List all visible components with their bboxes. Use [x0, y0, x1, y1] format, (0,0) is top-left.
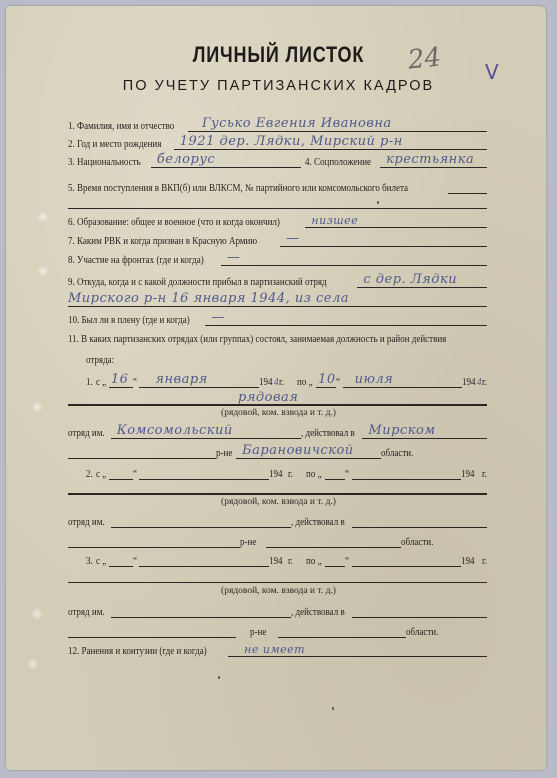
- to-month-input[interactable]: [352, 553, 461, 567]
- year-unit: г.: [288, 556, 293, 567]
- from-prefix: с „: [96, 377, 106, 388]
- to-day-input[interactable]: [325, 466, 345, 480]
- wounds-input[interactable]: не имеет: [228, 643, 487, 657]
- party-input-line2[interactable]: [68, 208, 487, 209]
- year-unit: г.: [482, 556, 487, 567]
- region-input[interactable]: [278, 624, 406, 638]
- handwritten-value: крестьянка: [386, 152, 474, 167]
- handwritten-value: —: [227, 250, 241, 265]
- to-year: 194: [462, 377, 476, 388]
- district-input[interactable]: [68, 445, 216, 459]
- unit-entry-2-unit: отряд им. , действовал в: [68, 514, 487, 528]
- unit-label: отряд им.: [68, 607, 105, 618]
- position-input-3[interactable]: [68, 582, 487, 583]
- district-label: р-не: [250, 627, 266, 638]
- unit-name-input[interactable]: [111, 604, 291, 618]
- to-year: 194: [461, 469, 475, 480]
- handwritten-value: низшее: [311, 214, 358, 227]
- region-label: области.: [401, 537, 433, 548]
- acted-label: , действовал в: [301, 428, 355, 439]
- field-full-name: 1. Фамилия, имя и отчество Гусько Евгени…: [68, 118, 487, 132]
- birth-input[interactable]: 1921 дер. Лядки, Мирский р-н: [174, 136, 487, 150]
- education-input[interactable]: низшее: [305, 214, 487, 228]
- nationality-input[interactable]: белорус: [151, 154, 301, 168]
- unit-entry-3-district: р-не области.: [68, 624, 487, 638]
- rvk-input[interactable]: —: [280, 233, 487, 247]
- unit-entry-2-district: р-не области.: [68, 534, 487, 548]
- from-day-input[interactable]: [109, 466, 133, 480]
- to-month-input[interactable]: [352, 466, 461, 480]
- from-month-input[interactable]: [139, 466, 269, 480]
- field-label: 8. Участие на фронтах (где и когда): [68, 255, 204, 266]
- sheet-number-handwritten: 24: [407, 42, 443, 75]
- year-unit: г.: [482, 377, 487, 388]
- region-label: области.: [381, 448, 413, 459]
- unit-entry-1-district: р-не Барановичской области.: [68, 445, 487, 459]
- paper-speck: [218, 676, 220, 679]
- field-label: 2. Год и место рождения: [68, 139, 161, 150]
- to-day-input[interactable]: [325, 553, 345, 567]
- field-label: отряда:: [86, 355, 114, 366]
- handwritten-value: белорус: [157, 152, 215, 167]
- field-label: 11. В каких партизанских отрядах (или гр…: [68, 334, 446, 345]
- to-month-input[interactable]: июля: [343, 374, 462, 388]
- field-units-heading: 11. В каких партизанских отрядах (или гр…: [68, 334, 487, 345]
- unit-entry-3-unit: отряд им. , действовал в: [68, 604, 487, 618]
- unit-entry-1-dates: 1. с „ 16 “ января 194 4 г. по „ 10 “ ию…: [86, 374, 487, 388]
- entry-index: 2.: [86, 469, 93, 480]
- unit-name-input[interactable]: Комсомольский: [111, 425, 301, 439]
- acted-in-input[interactable]: [352, 514, 487, 528]
- captivity-input[interactable]: —: [205, 312, 487, 326]
- field-label: 9. Откуда, когда и с какой должности при…: [68, 277, 327, 288]
- unit-entry-1-unit: отряд им. Комсомольский , действовал в М…: [68, 425, 487, 439]
- unit-entry-3-dates: 3. с „ “ 194 г. по „ “ 194 г.: [86, 553, 487, 567]
- entry-index: 1.: [86, 377, 93, 388]
- field-fronts: 8. Участие на фронтах (где и когда) —: [68, 252, 487, 266]
- to-day-input[interactable]: 10: [316, 374, 336, 388]
- year-unit: г.: [288, 469, 293, 480]
- position-input-2[interactable]: [68, 493, 487, 495]
- field-party: 5. Время поступления в ВКП(б) или ВЛКСМ,…: [68, 180, 487, 194]
- position-caption: (рядовой, ком. взвода и т. д.): [0, 408, 557, 418]
- acted-label: , действовал в: [291, 607, 345, 618]
- region-input[interactable]: Барановичской: [236, 445, 381, 459]
- paper-smudge: [30, 605, 44, 623]
- paper-smudge: [26, 655, 40, 673]
- field-wounds: 12. Ранения и контузии (где и когда) не …: [68, 643, 487, 657]
- field-rvk: 7. Каким РВК и когда призван в Красную А…: [68, 233, 487, 247]
- from-day-input[interactable]: 16: [109, 374, 133, 388]
- from-month-input[interactable]: [139, 553, 269, 567]
- region-input[interactable]: [266, 534, 401, 548]
- to-prefix: по „: [297, 377, 313, 388]
- from-prefix: с „: [96, 469, 106, 480]
- handwritten-value: —: [211, 310, 225, 325]
- field-label: 12. Ранения и контузии (где и когда): [68, 646, 207, 657]
- unit-name-input[interactable]: [111, 514, 291, 528]
- handwritten-value: с дер. Лядки: [363, 272, 457, 287]
- handwritten-value: не имеет: [244, 643, 305, 656]
- field-arrival-cont: Мирского р-н 16 января 1944, из села: [68, 293, 487, 307]
- field-label: 4. Соцположение: [305, 157, 371, 168]
- to-prefix: по „: [306, 469, 322, 480]
- handwritten-value: —: [286, 231, 300, 246]
- paper-speck: [332, 707, 334, 710]
- handwritten-value: Гусько Евгения Ивановна: [202, 116, 392, 131]
- paper-smudge: [36, 208, 50, 226]
- district-label: р-не: [216, 448, 232, 459]
- acted-in-input[interactable]: [352, 604, 487, 618]
- to-year-handwritten: 4: [477, 377, 482, 388]
- entry-index: 3.: [86, 556, 93, 567]
- handwritten-value: 1921 дер. Лядки, Мирский р-н: [180, 134, 403, 149]
- handwritten-value: Мирского р-н 16 января 1944, из села: [68, 291, 349, 306]
- field-birth: 2. Год и место рождения 1921 дер. Лядки,…: [68, 136, 487, 150]
- arrival-input[interactable]: с дер. Лядки: [357, 274, 487, 288]
- field-label: 10. Был ли в плену (где и когда): [68, 315, 190, 326]
- social-status-input[interactable]: крестьянка: [380, 154, 487, 168]
- to-year: 194: [461, 556, 475, 567]
- from-year: 194: [259, 377, 273, 388]
- field-units-heading-cont: отряда:: [86, 355, 487, 366]
- document-subtitle: ПО УЧЕТУ ПАРТИЗАНСКИХ КАДРОВ: [0, 78, 557, 94]
- field-captivity: 10. Был ли в плену (где и когда) —: [68, 312, 487, 326]
- handwritten-value: Мирском: [368, 423, 435, 438]
- handwritten-value: Комсомольский: [117, 423, 233, 438]
- paper-speck: [377, 201, 379, 204]
- acted-in-input[interactable]: Мирском: [362, 425, 487, 439]
- field-arrival: 9. Откуда, когда и с какой должности при…: [68, 274, 487, 288]
- from-prefix: с „: [96, 556, 106, 567]
- field-label: 5. Время поступления в ВКП(б) или ВЛКСМ,…: [68, 183, 408, 194]
- position-caption: (рядовой, ком. взвода и т. д.): [0, 497, 557, 507]
- handwritten-value: Барановичской: [242, 443, 354, 458]
- handwritten-value: июля: [355, 372, 394, 387]
- unit-label: отряд им.: [68, 428, 105, 439]
- handwritten-value: 16: [111, 372, 129, 387]
- year-unit: г.: [279, 377, 284, 388]
- from-year: 194: [269, 556, 283, 567]
- position-caption: (рядовой, ком. взвода и т. д.): [0, 586, 557, 596]
- field-label: 3. Национальность: [68, 157, 141, 168]
- field-label: 7. Каким РВК и когда призван в Красную А…: [68, 236, 257, 247]
- unit-entry-2-dates: 2. с „ “ 194 г. по „ “ 194 г.: [86, 466, 487, 480]
- from-month-input[interactable]: января: [139, 374, 259, 388]
- party-input[interactable]: [448, 180, 487, 194]
- field-education: 6. Образование: общее и военное (что и к…: [68, 214, 487, 228]
- field-label: 6. Образование: общее и военное (что и к…: [68, 217, 280, 228]
- acted-label: , действовал в: [291, 517, 345, 528]
- district-label: р-не: [240, 537, 256, 548]
- from-day-input[interactable]: [109, 553, 133, 567]
- district-input[interactable]: [68, 534, 240, 548]
- field-nationality-social: 3. Национальность белорус 4. Соцположени…: [68, 154, 487, 168]
- district-input[interactable]: [68, 624, 236, 638]
- to-prefix: по „: [306, 556, 322, 567]
- handwritten-value: 10: [318, 372, 336, 387]
- fronts-input[interactable]: —: [221, 252, 487, 266]
- handwritten-value: января: [155, 372, 207, 387]
- full-name-input[interactable]: Гусько Евгения Ивановна: [188, 118, 487, 132]
- year-unit: г.: [482, 469, 487, 480]
- arrival-input-line2[interactable]: Мирского р-н 16 января 1944, из села: [68, 293, 487, 307]
- unit-label: отряд им.: [68, 517, 105, 528]
- field-label: 1. Фамилия, имя и отчество: [68, 121, 174, 132]
- paper-smudge: [36, 262, 50, 280]
- from-year: 194: [269, 469, 283, 480]
- region-label: области.: [406, 627, 438, 638]
